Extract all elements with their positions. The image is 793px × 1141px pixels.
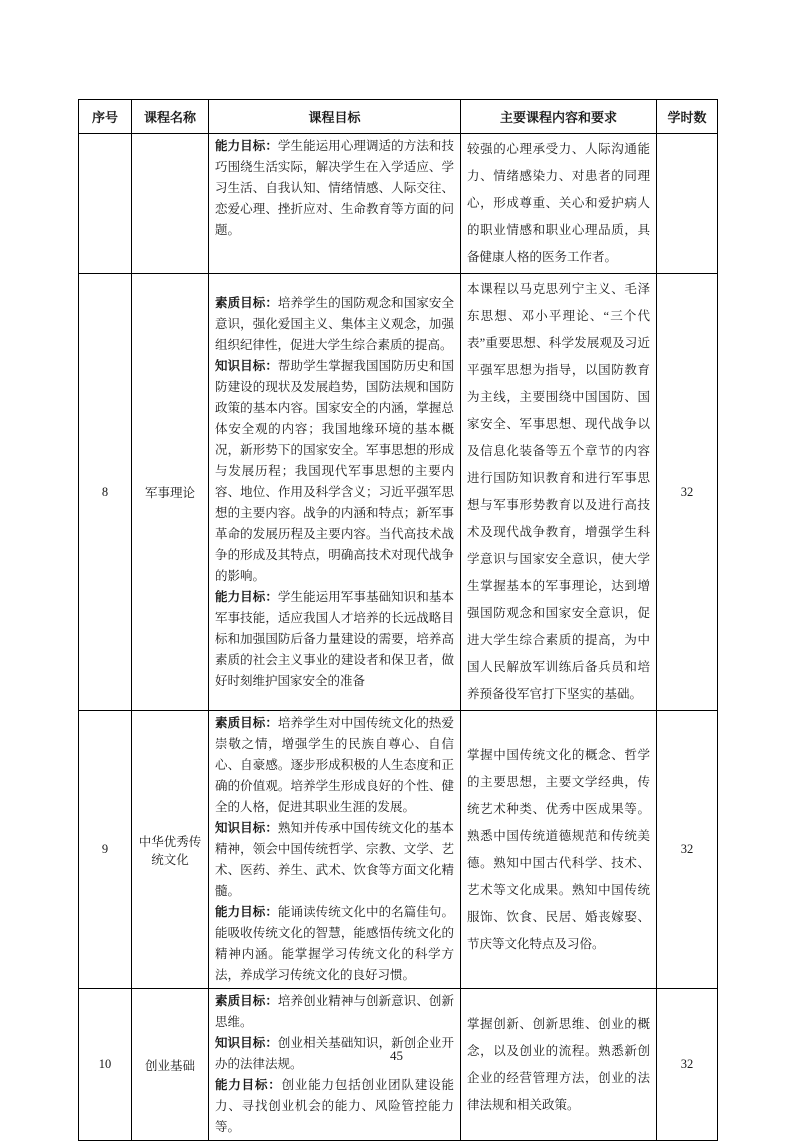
header-seq: 序号 (79, 100, 132, 134)
course-seq: 8 (79, 274, 132, 711)
course-name: 创业基础 (132, 989, 209, 1141)
course-hours: 32 (657, 711, 718, 989)
table-row: 8军事理论素质目标：培养学生的国防观念和国家安全意识，强化爱国主义、集体主义观念… (79, 274, 718, 711)
objective-paragraph: 知识目标：熟知并传承中国传统文化的基本精神，领会中国传统哲学、宗教、文学、艺术、… (215, 818, 454, 902)
table-row: 9中华优秀传统文化素质目标：培养学生对中国传统文化的热爱崇敬之情，增强学生的民族… (79, 711, 718, 989)
course-seq: 9 (79, 711, 132, 989)
objective-paragraph: 素质目标：培养创业精神与创新意识、创新思维。 (215, 991, 454, 1033)
table-header-row: 序号 课程名称 课程目标 主要课程内容和要求 学时数 (79, 100, 718, 134)
course-objectives: 素质目标：培养创业精神与创新意识、创新思维。知识目标：创业相关基础知识，新创企业… (209, 989, 461, 1141)
course-objectives: 能力目标：学生能运用心理调适的方法和技巧围绕生活实际，解决学生在入学适应、学习生… (209, 134, 461, 274)
course-hours: 32 (657, 989, 718, 1141)
objective-paragraph: 素质目标：培养学生的国防观念和国家安全意识，强化爱国主义、集体主义观念，加强组织… (215, 293, 454, 356)
content-paragraph: 较强的心理承受力、人际沟通能力、情绪感染力、对患者的同理心，形成尊重、关心和爱护… (467, 136, 650, 271)
objective-paragraph: 能力目标：创业能力包括创业团队建设能力、寻找创业机会的能力、风险管控能力等。 (215, 1075, 454, 1138)
course-hours (657, 134, 718, 274)
course-name: 中华优秀传统文化 (132, 711, 209, 989)
objective-label: 知识目标： (215, 821, 278, 835)
course-objectives: 素质目标：培养学生的国防观念和国家安全意识，强化爱国主义、集体主义观念，加强组织… (209, 274, 461, 711)
objective-paragraph: 能力目标：学生能运用心理调适的方法和技巧围绕生活实际，解决学生在入学适应、学习生… (215, 136, 454, 241)
course-seq (79, 134, 132, 274)
content-paragraph: 掌握中国传统文化的概念、哲学的主要思想，主要文学经典，传统艺术种类、优秀中医成果… (467, 742, 650, 958)
course-hours: 32 (657, 274, 718, 711)
course-name: 军事理论 (132, 274, 209, 711)
course-seq: 10 (79, 989, 132, 1141)
objective-label: 能力目标： (215, 1078, 282, 1092)
course-name (132, 134, 209, 274)
table-row: 能力目标：学生能运用心理调适的方法和技巧围绕生活实际，解决学生在入学适应、学习生… (79, 134, 718, 274)
header-hours: 学时数 (657, 100, 718, 134)
objective-label: 能力目标： (215, 139, 278, 153)
course-objectives: 素质目标：培养学生对中国传统文化的热爱崇敬之情，增强学生的民族自尊心、自信心、自… (209, 711, 461, 989)
table-row: 10创业基础素质目标：培养创业精神与创新意识、创新思维。知识目标：创业相关基础知… (79, 989, 718, 1141)
objective-label: 素质目标： (215, 716, 278, 730)
content-paragraph: 本课程以马克思列宁主义、毛泽东思想、邓小平理论、“三个代表”重要思想、科学发展观… (467, 276, 650, 708)
objective-paragraph: 知识目标：帮助学生掌握我国国防历史和国防建设的现状及发展趋势，国防法规和国防政策… (215, 356, 454, 587)
course-table: 序号 课程名称 课程目标 主要课程内容和要求 学时数 能力目标：学生能运用心理调… (78, 99, 718, 1141)
course-content: 本课程以马克思列宁主义、毛泽东思想、邓小平理论、“三个代表”重要思想、科学发展观… (461, 274, 657, 711)
content-paragraph: 掌握创新、创新思维、创业的概念，以及创业的流程。熟悉新创企业的经营管理方法，创业… (467, 1011, 650, 1119)
objective-paragraph: 能力目标：学生能运用军事基础知识和基本军事技能，适应我国人才培养的长远战略目标和… (215, 587, 454, 692)
objective-label: 能力目标： (215, 590, 278, 604)
objective-label: 知识目标： (215, 359, 278, 373)
header-course-objectives: 课程目标 (209, 100, 461, 134)
course-content: 较强的心理承受力、人际沟通能力、情绪感染力、对患者的同理心，形成尊重、关心和爱护… (461, 134, 657, 274)
course-content: 掌握创新、创新思维、创业的概念，以及创业的流程。熟悉新创企业的经营管理方法，创业… (461, 989, 657, 1141)
objective-paragraph: 能力目标：能诵读传统文化中的名篇佳句。能吸收传统文化的智慧，能感悟传统文化的精神… (215, 902, 454, 986)
objective-paragraph: 素质目标：培养学生对中国传统文化的热爱崇敬之情，增强学生的民族自尊心、自信心、自… (215, 713, 454, 818)
objective-label: 素质目标： (215, 994, 278, 1008)
header-course-content: 主要课程内容和要求 (461, 100, 657, 134)
objective-label: 素质目标： (215, 296, 278, 310)
objective-label: 能力目标： (215, 905, 278, 919)
page-number: 45 (0, 1048, 793, 1064)
header-course-name: 课程名称 (132, 100, 209, 134)
course-content: 掌握中国传统文化的概念、哲学的主要思想，主要文学经典，传统艺术种类、优秀中医成果… (461, 711, 657, 989)
document-page: 序号 课程名称 课程目标 主要课程内容和要求 学时数 能力目标：学生能运用心理调… (0, 0, 793, 1122)
